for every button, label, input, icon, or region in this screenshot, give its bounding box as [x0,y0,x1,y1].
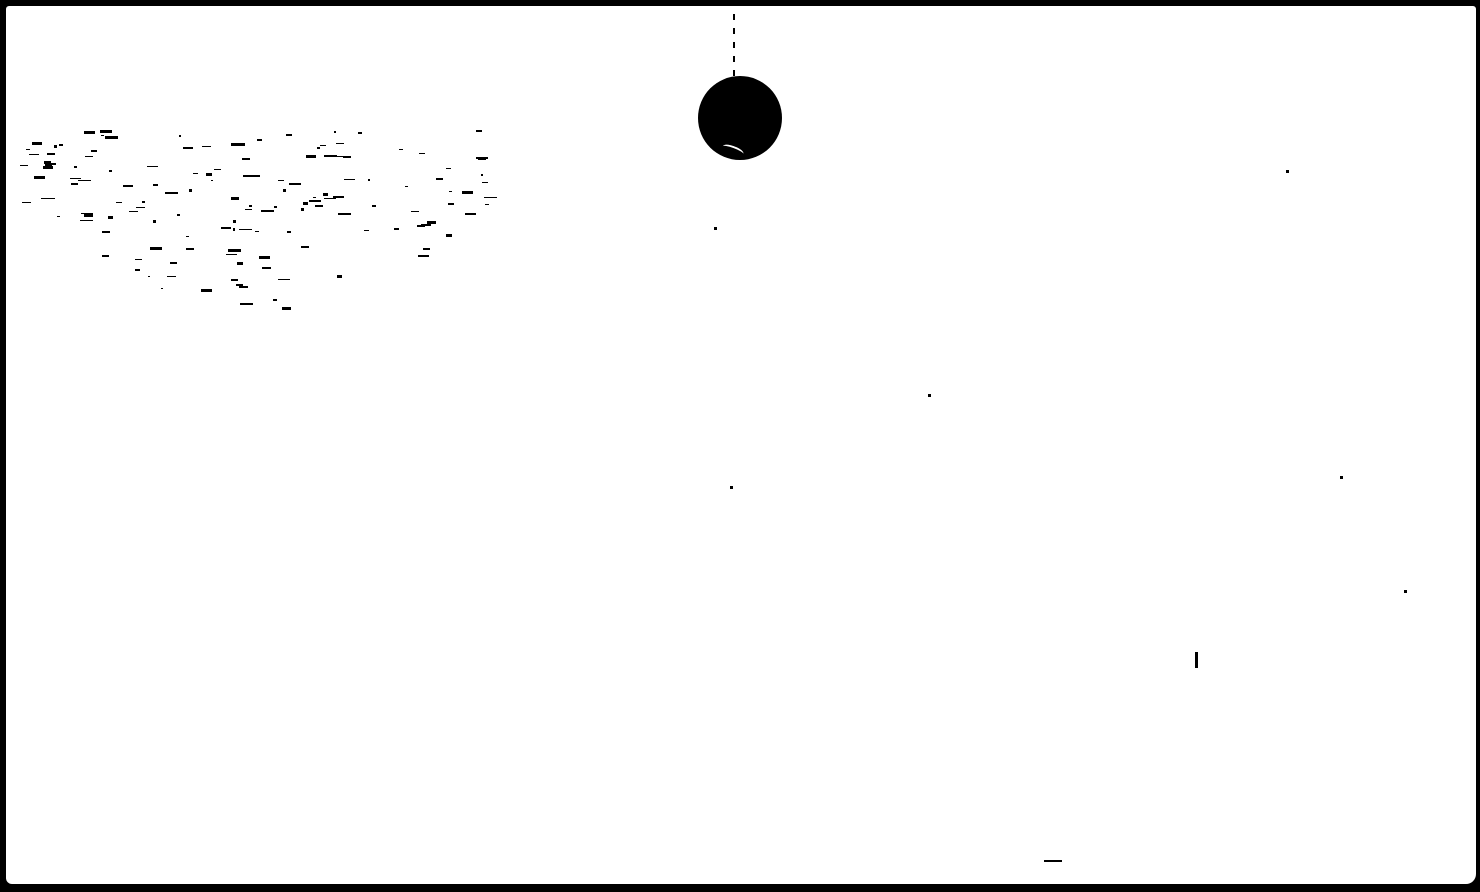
speck [1286,170,1289,173]
speck [301,246,309,247]
speck [102,231,111,233]
speck [183,147,193,148]
speck [255,231,258,232]
speck [211,180,213,182]
speck [57,216,60,217]
speck [419,153,425,155]
speck [286,134,292,136]
speck [202,146,210,147]
speck [135,259,143,260]
speckle-cluster [20,110,520,320]
speck [278,279,290,280]
speck [240,303,253,305]
speck [186,248,195,251]
speck [317,147,320,149]
speck [105,136,118,139]
speck [91,150,96,152]
speck [43,166,53,168]
speck [446,168,451,169]
speck [100,130,112,133]
speck [309,200,320,202]
speck [29,154,38,155]
speck [730,486,733,489]
speck [928,394,931,397]
speck [129,211,138,212]
speck [465,213,476,215]
speck [150,247,162,250]
speck [54,145,57,147]
speck [323,193,329,196]
speck [262,267,271,270]
speck [231,197,239,200]
speck [283,189,287,192]
speck [153,220,157,222]
speck [226,254,237,255]
speck [236,284,243,285]
speck [201,289,212,292]
speck [189,189,192,192]
speck [336,156,346,157]
speck [233,220,236,223]
speck [462,191,473,193]
speck [109,170,111,172]
speck [405,186,408,187]
speck [278,180,284,181]
speck [324,198,336,199]
speck [320,145,327,146]
speck [364,230,369,232]
speck [231,279,238,281]
speck [206,173,212,176]
speck [334,131,336,132]
speck [231,143,245,145]
speck [336,143,344,144]
speck [423,248,430,250]
speck [1195,652,1198,668]
speck [338,213,351,215]
speck [484,197,497,198]
speck [59,144,63,146]
speck [214,169,221,170]
speck [193,173,198,174]
speck [221,227,231,229]
speck [301,208,304,211]
speck [287,231,290,233]
speck [142,201,145,203]
speck [394,228,398,230]
hanging-ball [698,76,782,160]
string [733,0,735,78]
speck [116,202,122,203]
speck [242,158,250,160]
speck [135,269,140,271]
speck [47,153,55,155]
speck [22,202,31,203]
speck [26,149,29,151]
speck [245,209,252,210]
speck [101,135,104,136]
speck [306,155,316,157]
speck [123,185,133,187]
speck [161,288,163,289]
speck [44,161,50,164]
image-frame [0,0,1480,892]
speck [70,178,81,179]
speck [136,207,145,208]
speck [34,176,44,178]
speck [714,227,717,230]
speck [148,276,150,278]
speck [482,182,488,184]
speck [20,165,28,166]
speck [446,234,453,237]
speck [239,286,248,288]
speck [228,249,242,252]
speck [476,157,489,159]
speck [177,214,180,216]
speck [476,130,482,132]
speck [1044,860,1062,862]
speck [274,206,277,209]
speck [237,262,243,265]
speck [421,224,431,226]
speck [32,142,42,144]
speck [324,155,337,157]
speck [179,135,182,137]
speck [84,214,93,217]
speck [282,307,292,310]
speck [167,276,176,278]
speck [372,205,377,207]
speck [153,184,159,185]
speck [84,131,95,134]
speck [74,166,77,168]
speck [41,198,55,199]
speck [80,220,93,222]
speck [186,236,189,238]
speck [368,179,370,181]
speck [448,203,454,205]
speck [1340,476,1343,479]
speck [239,229,252,230]
speck [170,262,178,264]
speck [418,255,429,256]
speck [411,211,419,212]
speck [108,216,113,218]
speck [344,179,356,181]
speck [257,139,262,141]
speck [165,192,178,194]
speck [313,197,316,198]
speck [289,183,301,186]
speck [1404,590,1407,593]
speck [261,210,274,212]
speck [303,202,308,205]
speck [358,132,362,134]
speck [85,156,92,157]
speck [399,149,403,150]
speck [78,180,91,181]
speck [337,275,342,278]
speck [249,205,251,208]
speck [147,166,158,167]
speck [71,183,78,184]
speck [485,204,490,205]
speck [243,175,254,177]
speck [273,299,276,301]
speck [233,228,235,231]
speck [449,191,452,192]
speck [259,256,270,259]
speck [315,205,323,208]
speck [102,255,109,256]
speck [481,174,483,176]
speck [436,178,443,181]
